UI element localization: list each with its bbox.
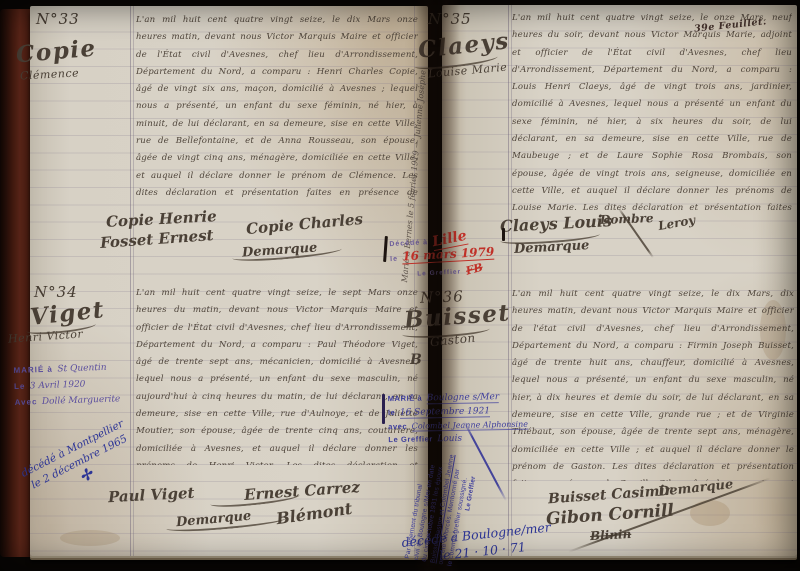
stamp-label: Le <box>14 382 26 391</box>
entry-36-margin-paraph: B <box>410 352 422 368</box>
marriage-stamp-stquentin: MARIÉ à St Quentin Le 3 Avril 1920 Avec … <box>13 358 131 410</box>
stamp-label: le <box>388 408 396 417</box>
margin-line-right-page <box>508 5 509 556</box>
stamp-label: MARIÉ à <box>13 365 53 375</box>
death-stamp-lille: Décédé à Lille le 16 mars 1979 Le Greffi… <box>389 227 509 282</box>
entry-35-body: L'an mil huit cent quatre vingt seize, l… <box>512 10 792 210</box>
stamp-label: Avec <box>14 397 37 407</box>
stamp-value: St Quentin <box>57 363 107 375</box>
entry-35-number: N°35 <box>428 10 472 28</box>
stamp-label: le <box>390 256 398 263</box>
stamp-value: 3 Avril 1920 <box>30 380 86 392</box>
margin-line-left-page <box>130 6 131 556</box>
bracket-mark <box>382 394 385 424</box>
entry-36-body: L'an mil huit cent quatre vingt seize, l… <box>512 286 794 481</box>
entry-33-number: N°33 <box>36 10 80 28</box>
stamp-value: Dollé Marguerite <box>42 394 121 407</box>
entry-34-body: L'an mil huit cent quatre vingt seize, l… <box>136 285 418 465</box>
entry-33-body: L'an mil huit cent quatre vingt seize, l… <box>136 12 418 202</box>
stamp-label: avec <box>388 422 407 431</box>
stamp-label: MARIÉ à <box>388 393 423 403</box>
entry-34-number: N°34 <box>34 283 78 301</box>
greffier-paraph: FB <box>464 261 484 278</box>
margin-line-left-page-2 <box>133 6 134 556</box>
stamp-label: Le Greffier <box>417 268 461 277</box>
